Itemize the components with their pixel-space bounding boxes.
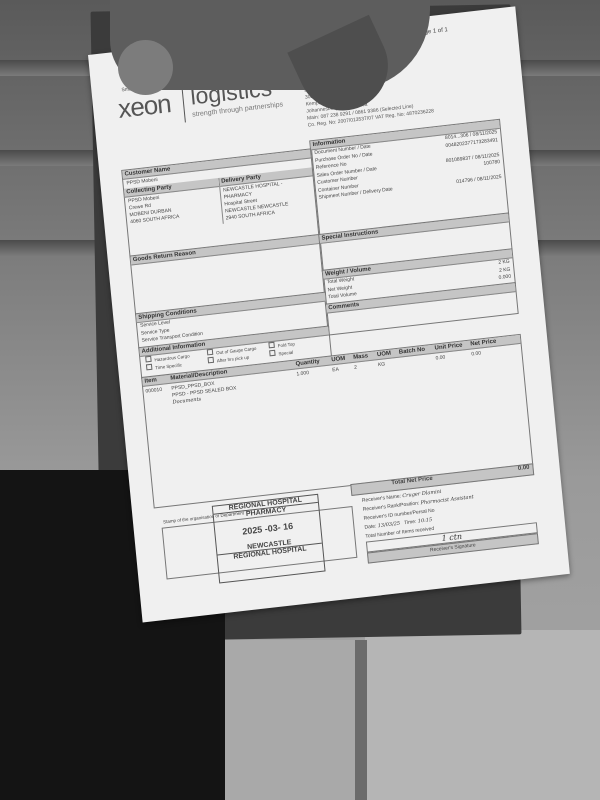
concrete-floor: [365, 630, 600, 800]
floor-crack: [355, 640, 367, 800]
thumb: [118, 40, 173, 95]
logo-divider: [182, 89, 186, 123]
concrete-floor: [220, 640, 360, 800]
hospital-stamp: REGIONAL HOSPITAL PHARMACY 2025 -03- 16 …: [212, 494, 326, 584]
